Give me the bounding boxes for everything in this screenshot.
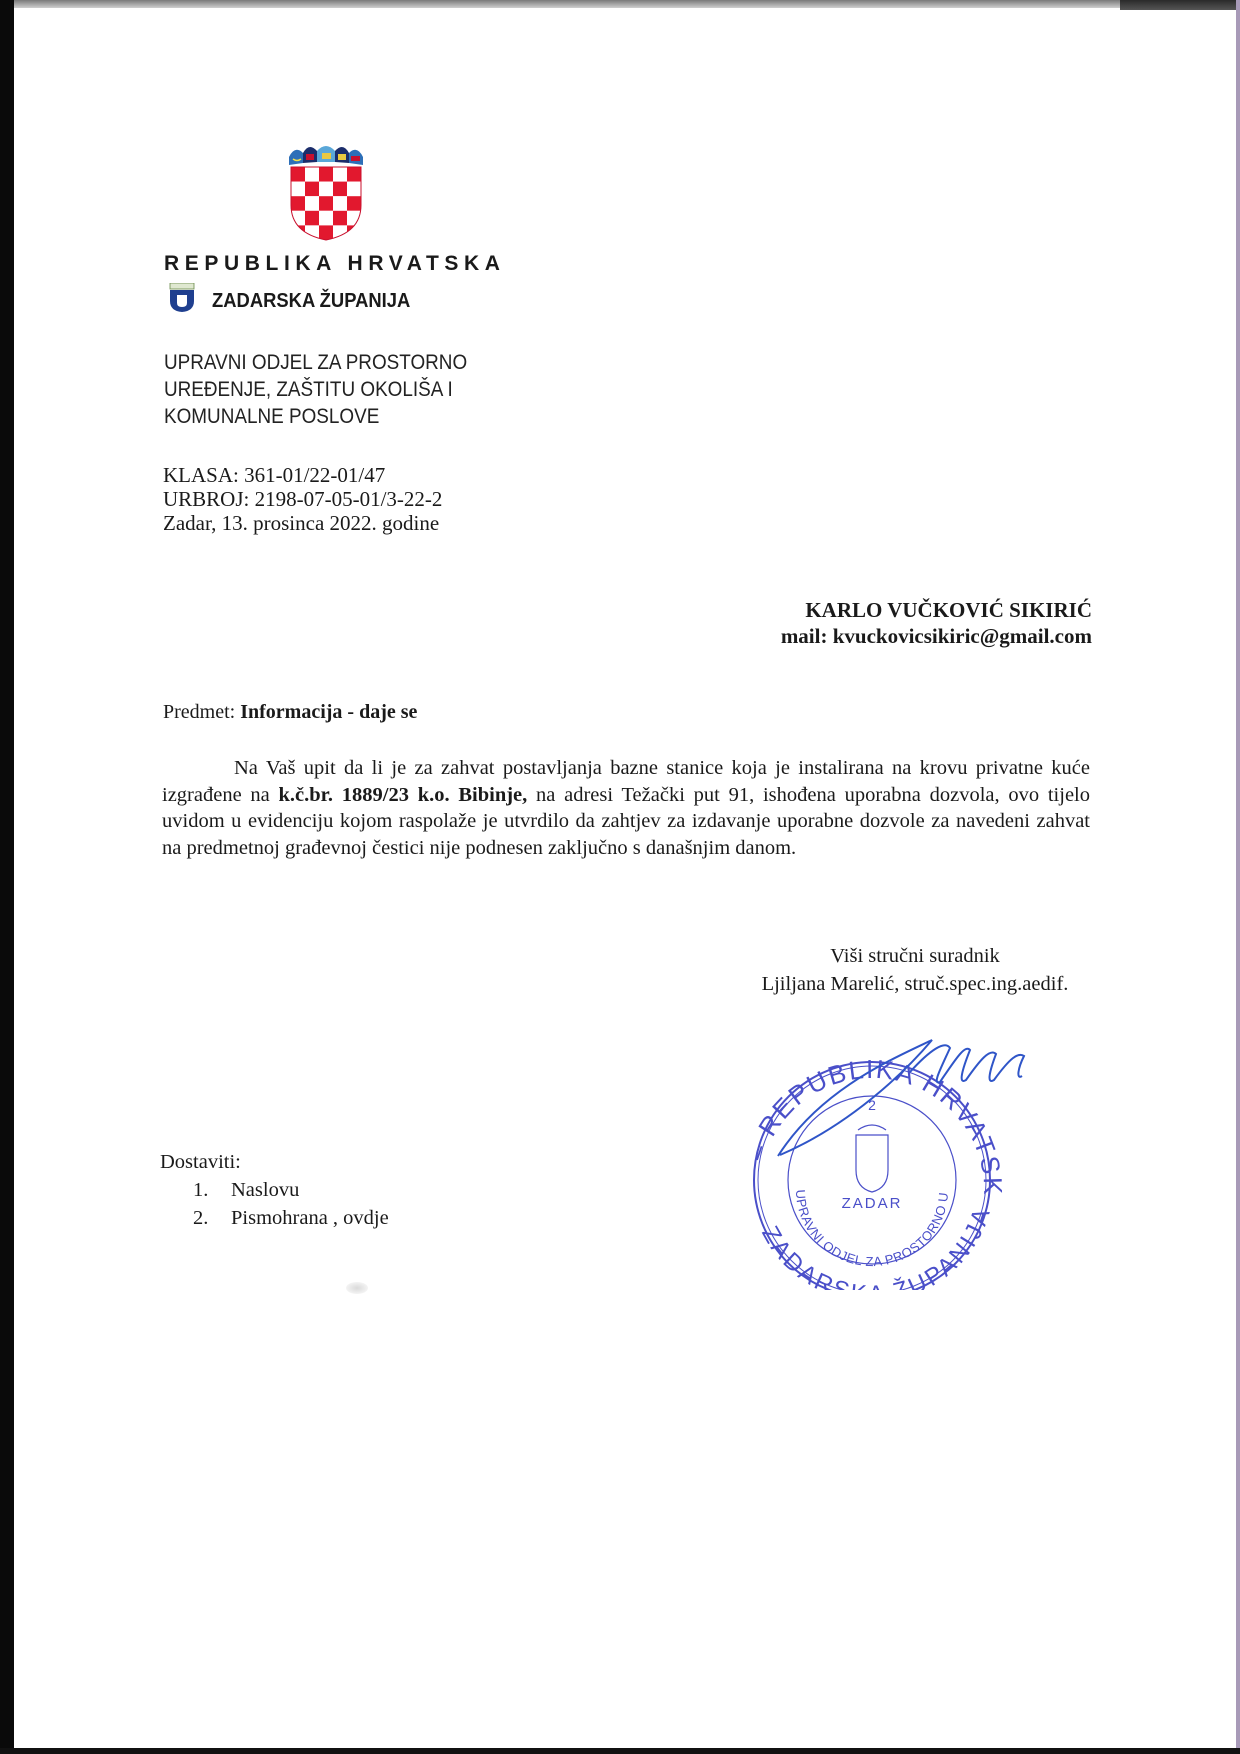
department-line: UREĐENJE, ZAŠTITU OKOLIŠA I [164,376,467,403]
department-name: UPRAVNI ODJEL ZA PROSTORNO UREĐENJE, ZAŠ… [164,349,467,430]
signer-name: Ljiljana Marelić, struč.spec.ing.aedif. [740,970,1090,998]
delivery-item-text: Naslovu [231,1179,299,1201]
scan-edge-bottom [0,1748,1240,1754]
delivery-item-text: Pismohrana , ovdje [231,1207,389,1229]
department-line: KOMUNALNE POSLOVE [164,403,467,430]
letter-body: Na Vaš upit da li je za zahvat postavlja… [162,755,1090,861]
svg-text:ZADARSKA ŽUPANIJA: ZADARSKA ŽUPANIJA [756,1203,996,1290]
svg-text:– REPUBLIKA HRVATSKA –: – REPUBLIKA HRVATSKA – [700,1030,1008,1197]
subject-value: Informacija - daje se [240,701,417,723]
scan-smudge [346,1282,368,1294]
delivery-label: Dostaviti: [160,1148,389,1176]
signature-block: Viši stručni suradnik Ljiljana Marelić, … [740,942,1090,998]
country-title: REPUBLIKA HRVATSKA [164,252,506,276]
svg-text:ZADAR: ZADAR [842,1195,903,1212]
recipient-email: mail: kvuckovicsikiric@gmail.com [781,623,1092,649]
parcel-reference: k.č.br. 1889/23 k.o. Bibinje, [279,784,528,806]
urbroj: URBROJ: 2198-07-05-01/3-22-2 [163,487,442,511]
recipient-block: KARLO VUČKOVIĆ SIKIRIĆ mail: kvuckovicsi… [781,597,1092,649]
signer-title: Viši stručni suradnik [740,942,1090,970]
delivery-block: Dostaviti: 1.Naslovu 2.Pismohrana , ovdj… [160,1148,389,1232]
delivery-item-number: 2. [193,1204,231,1232]
croatian-coat-of-arms-icon [285,143,367,241]
delivery-item: 2.Pismohrana , ovdje [160,1204,389,1232]
klasa: KLASA: 361-01/22-01/47 [163,463,442,487]
delivery-list: 1.Naslovu 2.Pismohrana , ovdje [160,1176,389,1232]
subject-line: Predmet: Informacija - daje se [163,701,417,724]
official-stamp-icon: – REPUBLIKA HRVATSKA – ZADARSKA ŽUPANIJA… [700,1030,1060,1290]
county-name: ZADARSKA ŽUPANIJA [212,290,410,313]
scan-edge-top [0,0,1240,8]
place-date: Zadar, 13. prosinca 2022. godine [163,511,442,535]
subject-label: Predmet: [163,701,240,723]
document-references: KLASA: 361-01/22-01/47 URBROJ: 2198-07-0… [163,463,442,535]
scan-edge-left [0,0,14,1754]
delivery-item: 1.Naslovu [160,1176,389,1204]
scan-edge-top-right [1120,0,1240,10]
zadar-county-emblem-icon [168,283,196,313]
recipient-name: KARLO VUČKOVIĆ SIKIRIĆ [781,597,1092,623]
department-line: UPRAVNI ODJEL ZA PROSTORNO [164,349,467,376]
scan-edge-right [1236,0,1240,1754]
delivery-item-number: 1. [193,1176,231,1204]
